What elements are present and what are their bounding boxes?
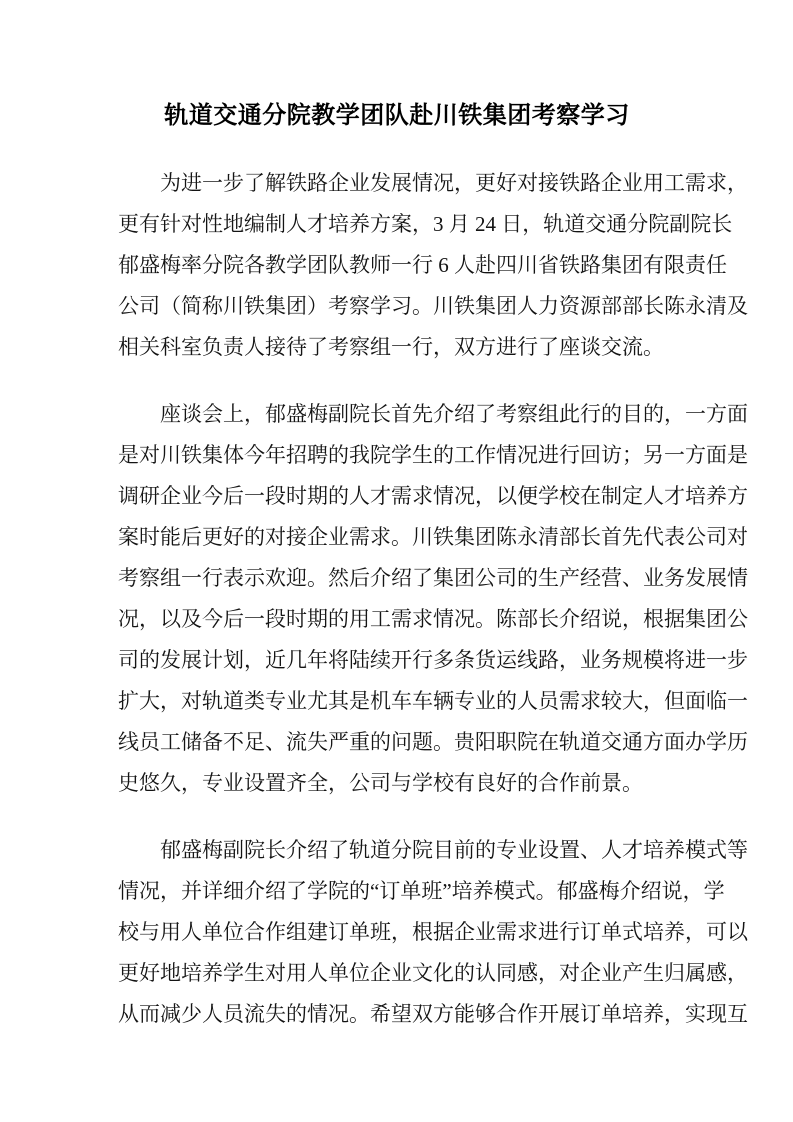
text-line: 校与用人单位合作组建订单班，根据企业需求进行订单式培养，可以 (118, 912, 676, 953)
text-line: 更有针对性地编制人才培养方案，3 月 24 日，轨道交通分院副院长 (118, 204, 676, 245)
text-line: 扩大，对轨道类专业尤其是机车车辆专业的人员需求较大，但面临一 (118, 681, 676, 722)
text-line: 情况，并详细介绍了学院的“订单班”培养模式。郁盛梅介绍说，学 (118, 871, 676, 912)
text-line: 线员工储备不足、流失严重的问题。贵阳职院在轨道交通方面办学历 (118, 722, 676, 763)
text-line: 调研企业今后一段时期的人才需求情况，以便学校在制定人才培养方 (118, 476, 676, 517)
text-line: 是对川铁集体今年招聘的我院学生的工作情况进行回访；另一方面是 (118, 435, 676, 476)
paragraph: 郁盛梅副院长介绍了轨道分院目前的专业设置、人才培养模式等 情况，并详细介绍了学院… (118, 830, 676, 1035)
text-line: 案时能后更好的对接企业需求。川铁集团陈永清部长首先代表公司对 (118, 517, 676, 558)
paragraph: 座谈会上，郁盛梅副院长首先介绍了考察组此行的目的，一方面 是对川铁集体今年招聘的… (118, 394, 676, 804)
text-line: 郁盛梅副院长介绍了轨道分院目前的专业设置、人才培养模式等 (118, 830, 676, 871)
text-line: 从而减少人员流失的情况。希望双方能够合作开展订单培养，实现互 (118, 994, 676, 1035)
text-line: 郁盛梅率分院各教学团队教师一行 6 人赴四川省铁路集团有限责任 (118, 245, 676, 286)
text-line: 座谈会上，郁盛梅副院长首先介绍了考察组此行的目的，一方面 (118, 394, 676, 435)
text-line: 司的发展计划，近几年将陆续开行多条货运线路，业务规模将进一步 (118, 640, 676, 681)
document-title: 轨道交通分院教学团队赴川铁集团考察学习 (118, 96, 676, 137)
text-line: 史悠久，专业设置齐全，公司与学校有良好的合作前景。 (118, 763, 676, 804)
text-line: 为进一步了解铁路企业发展情况，更好对接铁路企业用工需求， (118, 163, 676, 204)
text-line: 相关科室负责人接待了考察组一行，双方进行了座谈交流。 (118, 327, 676, 368)
text-line: 更好地培养学生对用人单位企业文化的认同感，对企业产生归属感， (118, 953, 676, 994)
document-page: 轨道交通分院教学团队赴川铁集团考察学习 为进一步了解铁路企业发展情况，更好对接铁… (0, 0, 793, 1122)
text-line: 况，以及今后一段时期的用工需求情况。陈部长介绍说，根据集团公 (118, 599, 676, 640)
paragraph: 为进一步了解铁路企业发展情况，更好对接铁路企业用工需求， 更有针对性地编制人才培… (118, 163, 676, 368)
text-line: 公司（简称川铁集团）考察学习。川铁集团人力资源部部长陈永清及 (118, 286, 676, 327)
text-line: 考察组一行表示欢迎。然后介绍了集团公司的生产经营、业务发展情 (118, 558, 676, 599)
